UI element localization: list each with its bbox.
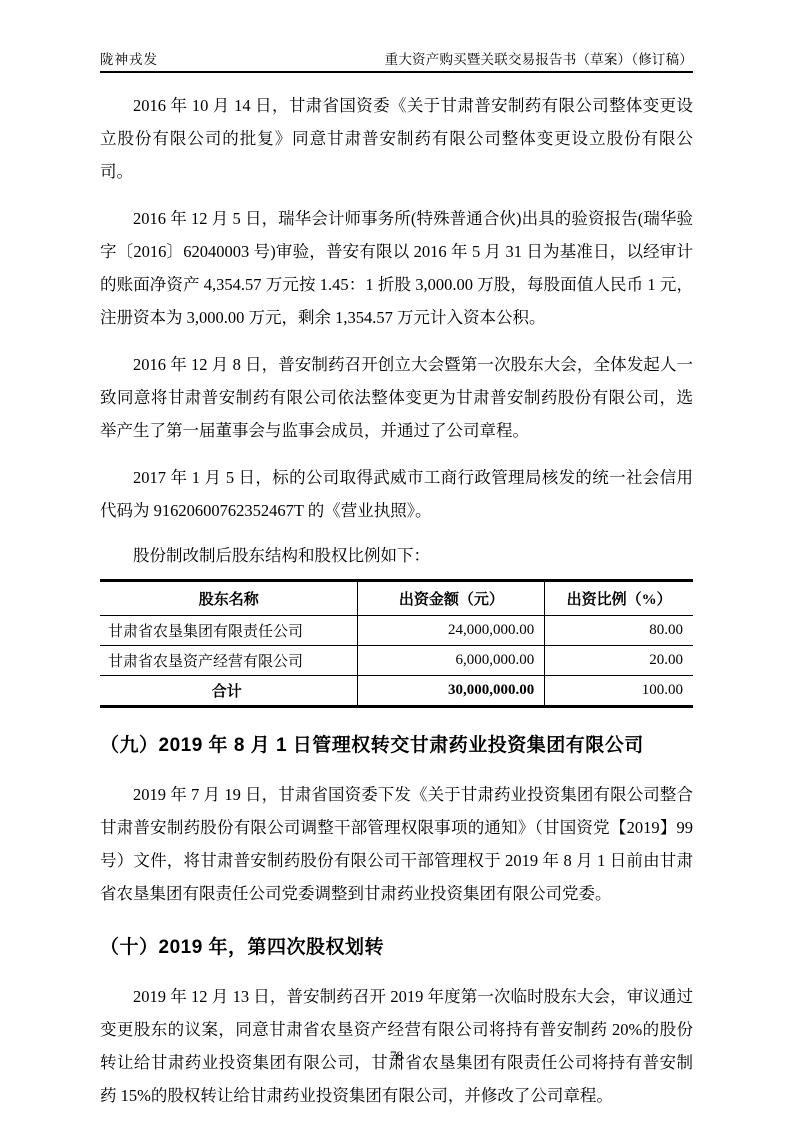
table-total-row: 合计 30,000,000.00 100.00 — [100, 676, 693, 707]
shareholder-amount: 24,000,000.00 — [358, 616, 545, 646]
paragraph-section-9: 2019 年 7 月 19 日，甘肃省国资委下发《关于甘肃药业投资集团有限公司整… — [100, 778, 693, 910]
total-ratio: 100.00 — [545, 676, 693, 707]
paragraph-2017-1-5: 2017 年 1 月 5 日，标的公司取得武威市工商行政管理局核发的统一社会信用… — [100, 461, 693, 527]
shareholder-ratio: 80.00 — [545, 616, 693, 646]
header-company-name: 陇神戎发 — [100, 48, 158, 68]
total-label: 合计 — [100, 676, 358, 707]
section-heading-9: （九）2019 年 8 月 1 日管理权转交甘肃药业投资集团有限公司 — [100, 732, 693, 760]
section-heading-10: （十）2019 年，第四次股权划转 — [100, 934, 693, 962]
table-intro-text: 股份制改制后股东结构和股权比例如下： — [100, 541, 693, 571]
document-page: 陇神戎发 重大资产购买暨关联交易报告书（草案）（修订稿） 2016 年 10 月… — [0, 0, 793, 1122]
shareholder-structure-table: 股东名称 出资金额（元） 出资比例（%） 甘肃省农垦集团有限责任公司 24,00… — [100, 579, 693, 708]
shareholder-ratio: 20.00 — [545, 646, 693, 676]
table-row: 甘肃省农垦资产经营有限公司 6,000,000.00 20.00 — [100, 646, 693, 676]
table-header-row: 股东名称 出资金额（元） 出资比例（%） — [100, 581, 693, 616]
column-header-amount: 出资金额（元） — [358, 581, 545, 616]
paragraph-2016-12-5: 2016 年 12 月 5 日，瑞华会计师事务所(特殊普通合伙)出具的验资报告(… — [100, 202, 693, 334]
column-header-ratio: 出资比例（%） — [545, 581, 693, 616]
header-report-title: 重大资产购买暨关联交易报告书（草案）（修订稿） — [385, 48, 693, 68]
page-header: 陇神戎发 重大资产购买暨关联交易报告书（草案）（修订稿） — [100, 48, 693, 73]
shareholder-name: 甘肃省农垦资产经营有限公司 — [100, 646, 358, 676]
shareholder-name: 甘肃省农垦集团有限责任公司 — [100, 616, 358, 646]
paragraph-2016-12-8: 2016 年 12 月 8 日，普安制药召开创立大会暨第一次股东大会，全体发起人… — [100, 348, 693, 447]
paragraph-section-10: 2019 年 12 月 13 日，普安制药召开 2019 年度第一次临时股东大会… — [100, 980, 693, 1112]
document-body: 2016 年 10 月 14 日，甘肃省国资委《关于甘肃普安制药有限公司整体变更… — [100, 89, 693, 1112]
page-number: 78 — [0, 1048, 793, 1064]
paragraph-2016-10-14: 2016 年 10 月 14 日，甘肃省国资委《关于甘肃普安制药有限公司整体变更… — [100, 89, 693, 188]
table-row: 甘肃省农垦集团有限责任公司 24,000,000.00 80.00 — [100, 616, 693, 646]
column-header-shareholder-name: 股东名称 — [100, 581, 358, 616]
total-amount: 30,000,000.00 — [358, 676, 545, 707]
shareholder-amount: 6,000,000.00 — [358, 646, 545, 676]
